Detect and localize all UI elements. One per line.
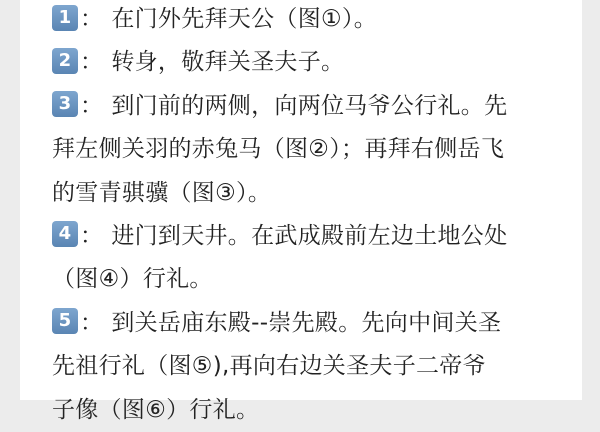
step-4-continuation: （图④）行礼。: [52, 258, 572, 301]
step-5-continuation: 子像（图⑥）行礼。: [52, 389, 572, 400]
step-text: 转身，敬拜关圣夫子。: [111, 49, 344, 75]
step-2: 2：转身，敬拜关圣夫子。: [52, 41, 572, 84]
step-number-badge: 4: [52, 221, 78, 247]
step-list: 1：在门外先拜天公（图①）。 2：转身，敬拜关圣夫子。 3：到门前的两侧，向两位…: [52, 0, 572, 400]
separator: ：: [80, 93, 103, 119]
step-5-continuation: 先祖行礼（图⑤),再向右边关圣夫子二帝爷: [52, 345, 572, 388]
step-text: 在门外先拜天公（图①）。: [111, 6, 377, 32]
step-3: 3：到门前的两侧，向两位马爷公行礼。先: [52, 85, 572, 128]
step-4: 4：进门到天井。在武成殿前左边土地公处: [52, 215, 572, 258]
step-number-badge: 5: [52, 308, 78, 334]
step-number-badge: 2: [52, 48, 78, 74]
step-text: 到关岳庙东殿--崇先殿。先向中间关圣: [111, 310, 501, 336]
step-number-badge: 1: [52, 5, 78, 31]
step-1: 1：在门外先拜天公（图①）。: [52, 0, 572, 41]
separator: ：: [80, 49, 103, 75]
step-text: 进门到天井。在武成殿前左边土地公处: [111, 223, 507, 249]
step-3-continuation: 的雪青骐骥（图③）。: [52, 172, 572, 215]
document-page: 1：在门外先拜天公（图①）。 2：转身，敬拜关圣夫子。 3：到门前的两侧，向两位…: [20, 0, 582, 400]
separator: ：: [80, 310, 103, 336]
step-text: 到门前的两侧，向两位马爷公行礼。先: [111, 93, 507, 119]
step-number-badge: 3: [52, 91, 78, 117]
step-5: 5：到关岳庙东殿--崇先殿。先向中间关圣: [52, 302, 572, 345]
separator: ：: [80, 6, 103, 32]
separator: ：: [80, 223, 103, 249]
step-3-continuation: 拜左侧关羽的赤兔马（图②）；再拜右侧岳飞: [52, 128, 572, 171]
